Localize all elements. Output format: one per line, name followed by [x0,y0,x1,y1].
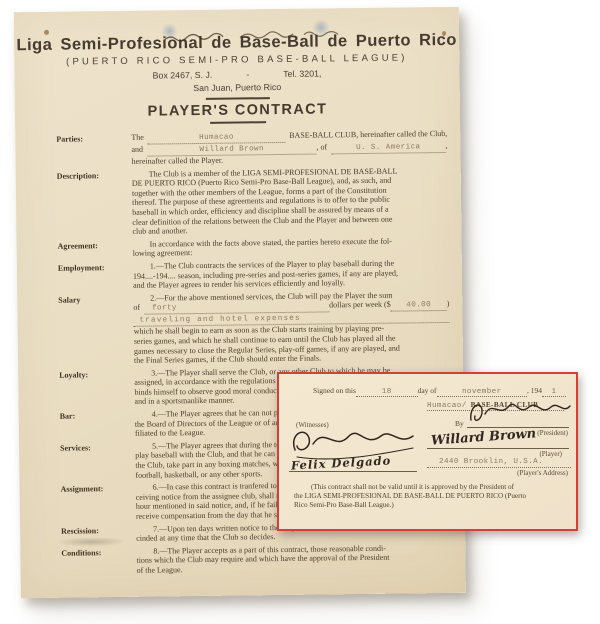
section-salary: Salary 2.—For the above mentioned servic… [58,290,450,367]
section-label: Bar: [60,410,135,440]
signature-inset: Signed on this 18 day of november , 194 … [277,372,578,531]
typed-year: 1 [552,388,557,396]
section-label: Description: [57,169,133,237]
rule-below-title [210,121,266,124]
separator-dash: - [246,69,249,79]
section-label: Assignment: [61,483,136,522]
contract-title: PLAYER'S CONTRACT [15,100,460,121]
typed-day: 18 [382,388,392,396]
agreement-text: In accordance with the facts above state… [133,236,449,259]
section-label: Loyalty: [59,368,134,407]
pen-scratches [162,24,372,51]
validity-note: (This contract shall not be valid until … [294,483,563,510]
description-text: The Club is a member of the LIGA SEMI-PR… [132,166,449,237]
typed-amount-words: forty [152,305,177,313]
po-box: Box 2467, S. J. [153,70,213,81]
player-label: (Player) [539,450,562,458]
player-signature-line [427,448,569,449]
typed-club: Humacao/ [427,402,467,410]
section-label: Conditions: [61,547,136,577]
typed-country: U. S. America [356,143,421,152]
typed-expenses: traveling and hotel expenses [139,315,300,325]
section-conditions: Conditions: 8.—The Player accepts as a p… [61,543,452,577]
section-label: Employment: [58,262,133,292]
section-label: Parties: [56,133,131,168]
employment-text: 1.—The Club contracts the services of th… [133,258,449,291]
typed-player-name: Willard Brown [199,145,264,154]
address-label: (Player's Address) [517,469,568,477]
address-line [427,467,571,468]
section-label: Services: [60,442,135,481]
day-blank: 18 [356,386,418,397]
amount-blank: 40.00 [391,299,447,312]
city-line: San Juan, Puerto Rico [15,80,460,95]
player-signature: Willard Brown [431,426,537,448]
country-blank: U. S. America [331,141,445,154]
rust-speck-left [44,30,49,35]
president-label: (President) [537,429,568,437]
rule-above-title [205,97,269,100]
section-label: Salary [58,294,134,367]
by-label: By [455,419,464,428]
section-employment: Employment: 1.—The Club contracts the se… [58,258,449,292]
typed-amount: 40.00 [406,301,431,309]
section-agreement: Agreement: In accordance with the facts … [58,236,449,260]
section-parties: Parties: The Humacao BASE-BALL CLUB, her… [56,129,447,167]
telephone: Tel. 3201, [283,68,321,78]
rust-speck-right [442,31,446,36]
president-signature [465,396,573,430]
salary-text: which he shall begin to earn as soon as … [134,323,450,365]
section-description: Description: The Club is a member of the… [57,166,449,238]
section-label: Agreement: [58,240,133,260]
typed-club-name: Humacao [199,134,234,142]
typed-address: 2440 Brooklin, U.S.A. [439,458,543,466]
player-name-blank: Willard Brown [147,143,317,157]
conditions-text: 8.—The Player accepts as a part of this … [136,543,452,576]
witness-signature-line [289,471,417,472]
typed-month: november [462,388,502,396]
